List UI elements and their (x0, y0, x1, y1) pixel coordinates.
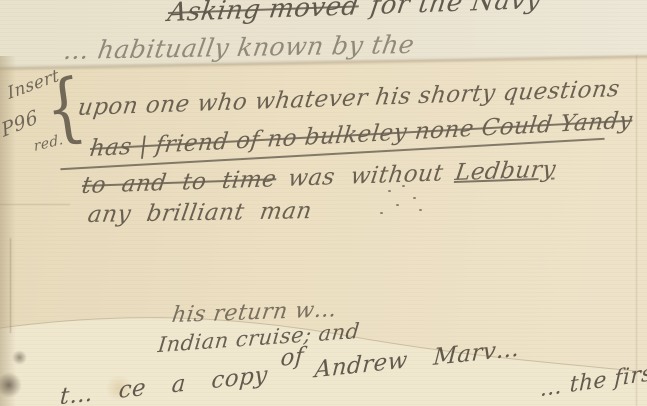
inserted-word-above-line: of (280, 343, 305, 372)
left-crease (10, 238, 11, 333)
ink-smudge (12, 350, 27, 365)
line-text: was without (286, 160, 445, 192)
right-crease (636, 55, 637, 406)
underlined-text: Ledbury (453, 156, 557, 186)
manuscript-photo: Asking movedfor the Navy … habitually kn… (0, 0, 647, 406)
ink-speckle (388, 190, 391, 192)
manuscript-line-2: … habitually known by the (62, 30, 417, 65)
ink-speckle (419, 209, 422, 211)
ink-speckle (380, 212, 383, 214)
manuscript-line-6: any brilliant man (86, 198, 314, 228)
left-horizontal-crease (0, 204, 70, 205)
ink-speckle (396, 204, 399, 206)
ink-speckle (413, 197, 416, 199)
